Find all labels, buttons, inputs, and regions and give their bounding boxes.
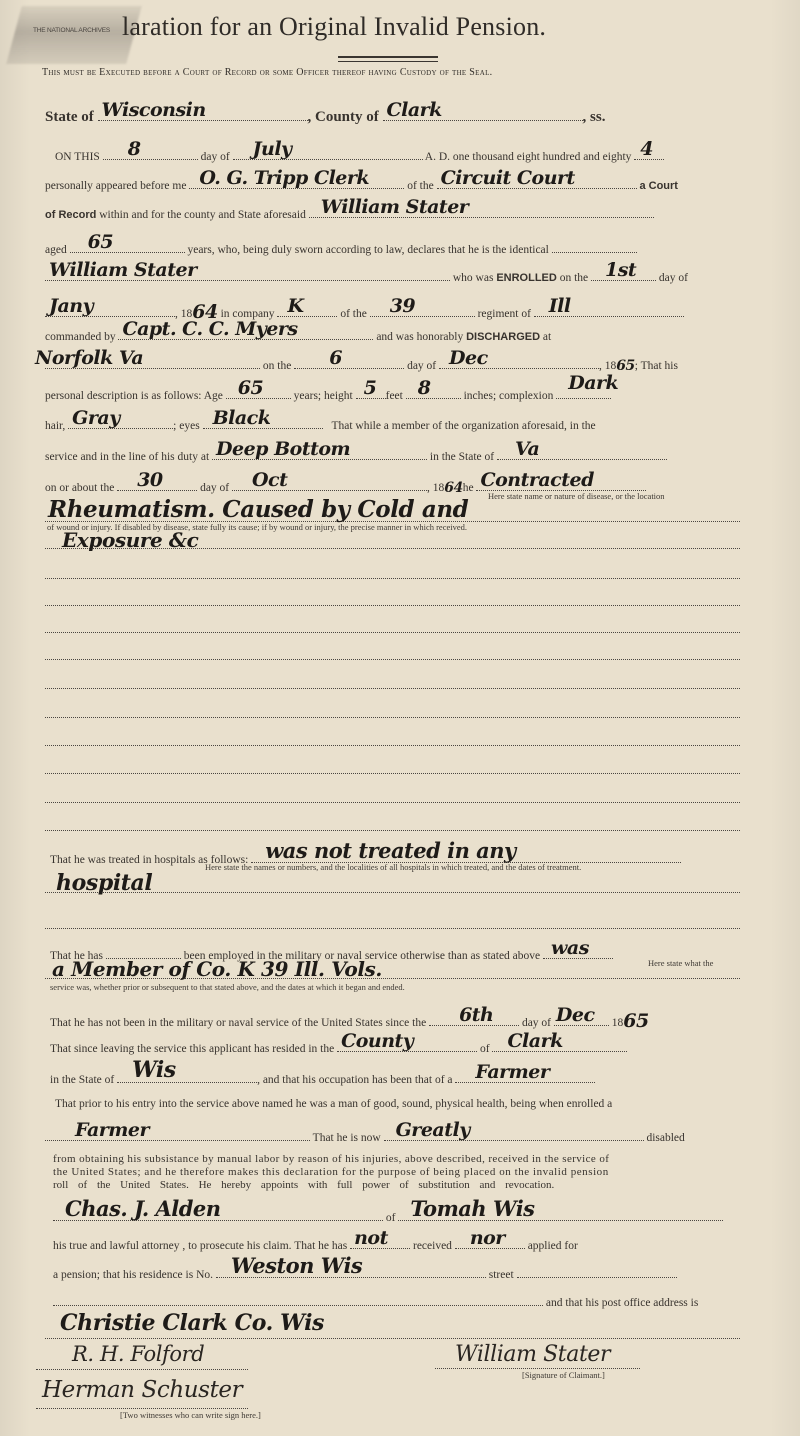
- discharge-day-field[interactable]: 6: [294, 356, 404, 369]
- incident-year-value: 64: [444, 480, 462, 496]
- has-received-field[interactable]: not: [350, 1236, 410, 1249]
- service-hint-a: Here state what the: [648, 958, 713, 968]
- county-field[interactable]: Clark: [383, 108, 583, 121]
- appoints-text: roll of the United States. He hereby app…: [53, 1179, 554, 1191]
- since-month-field[interactable]: Dec: [554, 1013, 609, 1026]
- height-label: years; height: [294, 390, 353, 402]
- document-title: laration for an Original Invalid Pension…: [122, 12, 546, 42]
- discharge-place-field[interactable]: Norfolk Va: [45, 356, 260, 369]
- regiment-field[interactable]: 39: [370, 304, 475, 317]
- applied-field[interactable]: nor: [455, 1236, 525, 1249]
- residence-state-value: Wis: [132, 1057, 176, 1083]
- hospital-hint: Here state the names or numbers, and the…: [205, 862, 581, 872]
- age-value: 65: [88, 231, 113, 253]
- state-field[interactable]: Wisconsin: [98, 108, 308, 121]
- inches-field[interactable]: 8: [406, 386, 461, 399]
- officer-value: O. G. Tripp Clerk: [199, 167, 369, 189]
- enrolled-occupation-field[interactable]: Farmer: [45, 1128, 310, 1141]
- feet-label: feet: [386, 390, 403, 402]
- since-day-field[interactable]: 6th: [429, 1013, 519, 1026]
- at-label: at: [543, 331, 551, 343]
- blank-line[interactable]: [45, 745, 740, 746]
- claimant-signature: William Stater: [455, 1342, 610, 1367]
- year-prefix: 18: [612, 1017, 624, 1029]
- residence-no-value: Weston Wis: [231, 1253, 362, 1278]
- residence-place-value: Clark: [507, 1030, 562, 1052]
- county-value: Clark: [387, 99, 442, 121]
- hair-label: hair,: [45, 420, 65, 432]
- court-value: Circuit Court: [441, 167, 575, 189]
- eyes-value: Black: [213, 407, 271, 429]
- of-record-label: of Record: [45, 209, 96, 221]
- disability-degree-value: Greatly: [396, 1119, 470, 1141]
- of-label: of: [480, 1043, 490, 1055]
- witness-1-signature: R. H. Folford: [72, 1342, 204, 1366]
- incident-place-value: Deep Bottom: [216, 438, 350, 460]
- age-field[interactable]: 65: [70, 240, 185, 253]
- day-value: 8: [128, 138, 141, 160]
- that-his-label: ; That his: [635, 360, 678, 372]
- state-label: in the State of: [50, 1074, 114, 1086]
- attorney-place-field[interactable]: Tomah Wis: [398, 1208, 723, 1221]
- regiment-value: 39: [390, 295, 415, 317]
- discharge-year-value: 65: [616, 358, 634, 374]
- residence-no-field[interactable]: Weston Wis: [216, 1265, 486, 1278]
- enrolled-label: ENROLLED: [496, 272, 557, 284]
- witness-hint: [Two witnesses who can write sign here.]: [120, 1410, 261, 1420]
- nature-value-1: Contracted: [480, 469, 593, 491]
- subsistence-text: from obtaining his subsistance by manual…: [53, 1153, 609, 1165]
- hair-value: Gray: [72, 407, 120, 429]
- incident-day-value: 30: [137, 469, 162, 491]
- residence-line: That since leaving the service this appl…: [50, 1039, 627, 1055]
- eyes-label: ; eyes: [173, 420, 200, 432]
- since-line: That he has not been in the military or …: [50, 1009, 649, 1031]
- disabled-label: disabled: [646, 1132, 684, 1144]
- applied-label: applied for: [528, 1240, 578, 1252]
- county-label: , County of: [308, 109, 379, 125]
- he-label: he: [463, 482, 474, 494]
- desc-age-field[interactable]: 65: [226, 386, 291, 399]
- street-label: street: [489, 1269, 514, 1281]
- enrollment-line: William Stater who was ENROLLED on the 1…: [45, 268, 688, 284]
- of-the-label: of the: [407, 180, 434, 192]
- day-of-label: day of: [659, 272, 688, 284]
- day-field[interactable]: 8: [103, 147, 198, 160]
- nature-value-3: Exposure &c: [62, 528, 198, 552]
- hospital-value-1: was not treated in any: [265, 838, 516, 863]
- incident-state-value: Va: [515, 438, 539, 460]
- blank-line[interactable]: [45, 688, 740, 689]
- court-field[interactable]: Circuit Court: [437, 176, 637, 189]
- regiment-state-field[interactable]: Ill: [534, 304, 684, 317]
- blank-line[interactable]: [45, 659, 740, 660]
- appearance-line: personally appeared before me O. G. Trip…: [45, 176, 678, 192]
- who-was-label: who was: [453, 272, 494, 284]
- post-office-label: and that his post office address is: [546, 1297, 698, 1309]
- occupation-value: Farmer: [475, 1061, 549, 1083]
- month-value: July: [253, 138, 292, 160]
- blank-line[interactable]: [45, 802, 740, 803]
- commander-line: commanded by Capt. C. C. Myers and was h…: [45, 327, 551, 343]
- record-line: of Record within and for the county and …: [45, 205, 654, 221]
- state-value: Wisconsin: [102, 99, 206, 121]
- month-field[interactable]: July: [233, 147, 423, 160]
- residence-state-field[interactable]: Wis: [117, 1070, 257, 1083]
- nature-value-2: Rheumatism. Caused by Cold and: [48, 496, 468, 523]
- ad-label: A. D. one thousand eight hundred and eig…: [425, 151, 632, 163]
- officer-field[interactable]: O. G. Tripp Clerk: [189, 176, 404, 189]
- incident-place-field[interactable]: Deep Bottom: [212, 447, 427, 460]
- on-the-label: on the: [560, 272, 588, 284]
- nature-hint-1: Here state name or nature of disease, or…: [488, 491, 665, 501]
- age-line: aged 65 years, who, being duly sworn acc…: [45, 240, 637, 256]
- archive-watermark: THE NATIONAL ARCHIVES: [33, 27, 110, 34]
- incident-month-field[interactable]: Oct: [232, 478, 427, 491]
- regiment-of-label: regiment of: [478, 308, 531, 320]
- year-prefix: , 18: [427, 482, 444, 494]
- claimant-signature-line[interactable]: [435, 1368, 640, 1369]
- health-line: That prior to his entry into the service…: [55, 1098, 612, 1110]
- day-of-label: day of: [200, 482, 229, 494]
- received-label: received: [413, 1240, 452, 1252]
- declaration-text: the United States; and he therefore make…: [53, 1166, 609, 1178]
- venue-line: State of Wisconsin, County of Clark, ss.: [45, 108, 605, 126]
- incident-month-value: Oct: [252, 469, 287, 491]
- discharge-line: Norfolk Va on the 6 day of Dec, 1865; Th…: [45, 356, 678, 373]
- residence-no-label: a pension; that his residence is No.: [53, 1269, 213, 1281]
- applied-value: nor: [470, 1227, 505, 1249]
- attorney-name-field[interactable]: Chas. J. Alden: [53, 1208, 383, 1221]
- a-court-label: a Court: [639, 180, 678, 192]
- year-prefix: , 18: [599, 360, 616, 372]
- on-the-label: on the: [263, 360, 291, 372]
- discharge-place-value: Norfolk Va: [35, 347, 143, 369]
- discharge-month-field[interactable]: Dec: [439, 356, 599, 369]
- blank-line[interactable]: [45, 928, 740, 929]
- on-this-label: ON THIS: [55, 151, 100, 163]
- disability-degree-field[interactable]: Greatly: [384, 1128, 644, 1141]
- enrolled-name-field[interactable]: William Stater: [45, 268, 450, 281]
- title-divider: [338, 56, 438, 62]
- discharge-month-value: Dec: [449, 347, 488, 369]
- attorney-line: Chas. J. Alden of Tomah Wis: [53, 1208, 723, 1224]
- complexion-label: inches; complexion: [464, 390, 554, 402]
- post-office-line[interactable]: [45, 1338, 740, 1339]
- feet-value: 5: [364, 377, 377, 399]
- hospital-value-2: hospital: [56, 870, 152, 896]
- appeared-label: personally appeared before me: [45, 180, 186, 192]
- discharged-label: DISCHARGED: [466, 331, 540, 343]
- post-office-pre-field[interactable]: [53, 1293, 543, 1306]
- blank-line[interactable]: [45, 578, 740, 579]
- state-occupation-line: in the State of Wis, and that his occupa…: [50, 1070, 595, 1086]
- attorney-name-value: Chas. J. Alden: [65, 1196, 221, 1221]
- member-text: That while a member of the organization …: [331, 420, 595, 432]
- regiment-state-value: Ill: [549, 295, 571, 317]
- hair-field[interactable]: Gray: [68, 416, 173, 429]
- commander-field[interactable]: Capt. C. C. Myers: [118, 327, 373, 340]
- year-value: 4: [640, 138, 653, 160]
- enrolled-occupation-value: Farmer: [75, 1119, 149, 1141]
- blank-line[interactable]: [45, 717, 740, 718]
- of-the-label: of the: [340, 308, 367, 320]
- execution-instruction: This must be Executed before a Court of …: [42, 67, 492, 78]
- day-of-label: day of: [522, 1017, 551, 1029]
- claimant-hint: [Signature of Claimant.]: [522, 1370, 605, 1380]
- residence-type-value: County: [341, 1030, 413, 1052]
- ss-label: , ss.: [583, 109, 606, 125]
- claim-line: his true and lawful attorney , to prosec…: [53, 1236, 578, 1252]
- blank-line[interactable]: [45, 773, 740, 774]
- year-field[interactable]: 4: [634, 147, 664, 160]
- incident-day-field[interactable]: 30: [117, 478, 197, 491]
- resided-label: That since leaving the service this appl…: [50, 1043, 334, 1055]
- incident-line: service and in the line of his duty at D…: [45, 447, 667, 463]
- blank-line[interactable]: [45, 605, 740, 606]
- occupation-label: , and that his occupation has been that …: [257, 1074, 452, 1086]
- eyes-field[interactable]: Black: [203, 416, 323, 429]
- inches-value: 8: [418, 377, 431, 399]
- aged-label: aged: [45, 244, 67, 256]
- occupation-field[interactable]: Farmer: [455, 1070, 595, 1083]
- state-label: State of: [45, 109, 94, 125]
- street-field[interactable]: [517, 1265, 677, 1278]
- residence-address-line: a pension; that his residence is No. Wes…: [53, 1265, 677, 1281]
- of-label: of: [386, 1212, 396, 1224]
- other-service-field[interactable]: was: [543, 946, 613, 959]
- enrolled-day-field[interactable]: 1st: [591, 268, 656, 281]
- description-line: personal description is as follows: Age …: [45, 386, 611, 402]
- enrolled-name-value: William Stater: [49, 259, 197, 281]
- identical-field[interactable]: [552, 240, 637, 253]
- description-label: personal description is as follows: Age: [45, 390, 223, 402]
- service-hint-b: service was, whether prior or subsequent…: [50, 982, 405, 992]
- witness-1-line[interactable]: [36, 1369, 248, 1370]
- enrolled-month-field[interactable]: Jany: [45, 304, 175, 317]
- since-day-value: 6th: [459, 1004, 493, 1026]
- since-year-value: 65: [623, 1010, 648, 1032]
- complexion-field[interactable]: Dark: [556, 386, 611, 399]
- other-service-value: was: [551, 937, 589, 959]
- discharge-day-value: 6: [329, 347, 342, 369]
- blank-line[interactable]: [45, 632, 740, 633]
- honorably-label: and was honorably: [376, 331, 463, 343]
- about-label: on or about the: [45, 482, 114, 494]
- within-label: within and for the county and State afor…: [99, 209, 306, 221]
- day-of-label: day of: [407, 360, 436, 372]
- incident-state-field[interactable]: Va: [497, 447, 667, 460]
- post-office-value: Christie Clark Co. Wis: [60, 1310, 324, 1336]
- desc-age-value: 65: [238, 377, 263, 399]
- claimant-field[interactable]: William Stater: [309, 205, 654, 218]
- company-field[interactable]: K: [277, 304, 337, 317]
- has-received-value: not: [354, 1227, 388, 1249]
- feet-field[interactable]: 5: [356, 386, 386, 399]
- service-detail-value: a Member of Co. K 39 Ill. Vols.: [52, 957, 382, 981]
- incident-state-label: in the State of: [430, 451, 494, 463]
- claimant-value: William Stater: [321, 196, 469, 218]
- enrolled-month-value: Jany: [49, 295, 93, 317]
- disabled-line: Farmer That he is now Greatly disabled: [45, 1128, 685, 1144]
- commander-value: Capt. C. C. Myers: [122, 318, 297, 340]
- residence-place-field[interactable]: Clark: [492, 1039, 627, 1052]
- blank-line[interactable]: [45, 830, 740, 831]
- witness-2-signature: Herman Schuster: [42, 1377, 242, 1403]
- hair-eyes-line: hair, Gray; eyes Black That while a memb…: [45, 416, 596, 432]
- post-office-label-line: and that his post office address is: [53, 1293, 698, 1309]
- now-label: That he is now: [313, 1132, 381, 1144]
- residence-type-field[interactable]: County: [337, 1039, 477, 1052]
- company-value: K: [287, 295, 303, 317]
- nature-field-1[interactable]: Contracted: [476, 478, 646, 491]
- since-month-value: Dec: [556, 1004, 595, 1026]
- prior-health-label: That prior to his entry into the service…: [55, 1098, 612, 1110]
- date-line: ON THIS 8 day of July A. D. one thousand…: [55, 147, 664, 163]
- day-of-label: day of: [201, 151, 230, 163]
- document-page: THE NATIONAL ARCHIVES laration for an Or…: [0, 0, 800, 1436]
- enrolled-day-value: 1st: [605, 259, 636, 281]
- service-label: service and in the line of his duty at: [45, 451, 209, 463]
- commanded-by-label: commanded by: [45, 331, 116, 343]
- since-label: That he has not been in the military or …: [50, 1017, 426, 1029]
- complexion-value: Dark: [568, 372, 618, 394]
- witness-2-line[interactable]: [36, 1408, 248, 1409]
- sworn-label: years, who, being duly sworn according t…: [187, 244, 548, 256]
- attorney-place-value: Tomah Wis: [410, 1196, 534, 1221]
- attorney-label: his true and lawful attorney , to prosec…: [53, 1240, 347, 1252]
